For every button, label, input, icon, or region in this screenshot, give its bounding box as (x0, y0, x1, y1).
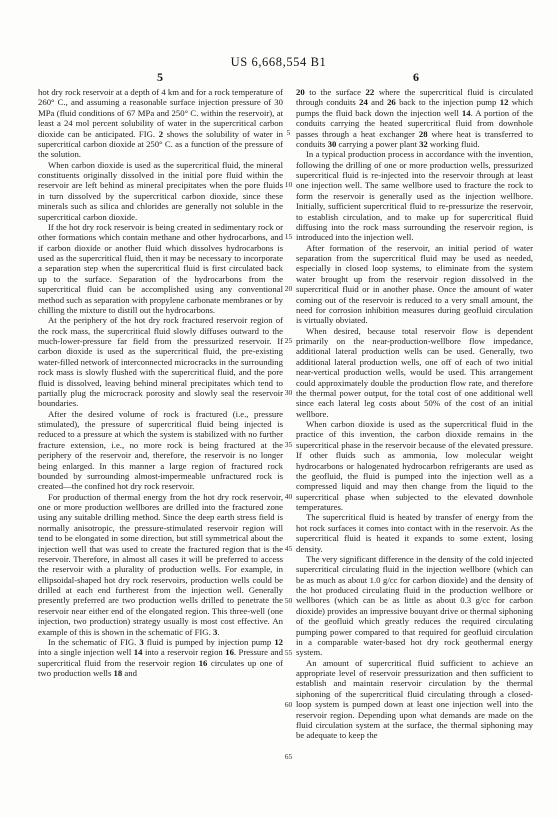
reference-numeral: 22 (366, 87, 375, 97)
reference-numeral: 2 (159, 129, 163, 139)
reference-numeral: 18 (114, 668, 123, 678)
paragraph: In the schematic of FIG. 3 fluid is pump… (38, 637, 283, 679)
paragraph: In a typical production process in accor… (296, 149, 533, 242)
paragraph: If the hot dry rock reservoir is being c… (38, 222, 283, 315)
paragraph: At the periphery of the hot dry rock fra… (38, 315, 283, 408)
line-number: 50 (280, 596, 297, 605)
reference-numeral: 16 (225, 647, 234, 657)
line-number: 40 (280, 492, 297, 501)
reference-numeral: 26 (387, 97, 396, 107)
line-number: 30 (280, 388, 297, 397)
column-number-right: 6 (396, 70, 436, 85)
paragraph: When carbon dioxide is used as the super… (296, 419, 533, 512)
paragraph: The very significant difference in the d… (296, 554, 533, 658)
reference-numeral: 32 (419, 139, 428, 149)
column-right-text: 20 to the surface 22 where the supercrit… (296, 87, 533, 741)
column-number-left: 5 (140, 70, 180, 85)
line-number: 20 (280, 284, 297, 293)
reference-numeral: 14 (134, 647, 143, 657)
reference-numeral: 28 (419, 129, 428, 139)
line-number: 15 (280, 232, 297, 241)
line-number: 45 (280, 544, 297, 553)
line-number: 35 (280, 440, 297, 449)
paragraph: When desired, because total reservoir fl… (296, 326, 533, 419)
line-number: 55 (280, 648, 297, 657)
reference-numeral: 20 (296, 87, 305, 97)
reference-numeral: 14 (462, 108, 471, 118)
reference-numeral: 12 (500, 97, 509, 107)
paragraph: hot dry rock reservoir at a depth of 4 k… (38, 87, 283, 160)
paragraph: 20 to the surface 22 where the supercrit… (296, 87, 533, 149)
paragraph: For production of thermal energy from th… (38, 492, 283, 637)
paragraph: An amount of supercritical fluid suffici… (296, 658, 533, 741)
line-number: 65 (280, 752, 297, 761)
reference-numeral: 30 (328, 139, 337, 149)
reference-numeral: 24 (359, 97, 368, 107)
reference-numeral: 16 (199, 658, 208, 668)
line-number: 10 (280, 180, 297, 189)
line-number-gutter: 5101520253035404550556065 (280, 0, 297, 818)
line-number: 5 (280, 128, 297, 137)
column-left-text: hot dry rock reservoir at a depth of 4 k… (38, 87, 283, 678)
patent-number-header: US 6,668,554 B1 (0, 55, 557, 70)
paragraph: When carbon dioxide is used as the super… (38, 160, 283, 222)
patent-page: US 6,668,554 B1 5 6 hot dry rock reservo… (0, 0, 557, 818)
line-number: 25 (280, 336, 297, 345)
line-number: 60 (280, 700, 297, 709)
paragraph: The supercritical fluid is heated by tra… (296, 512, 533, 554)
paragraph: After formation of the reservoir, an ini… (296, 243, 533, 326)
reference-numeral: 3 (213, 627, 217, 637)
reference-numeral: 3 (139, 637, 143, 647)
paragraph: After the desired volume of rock is frac… (38, 409, 283, 492)
